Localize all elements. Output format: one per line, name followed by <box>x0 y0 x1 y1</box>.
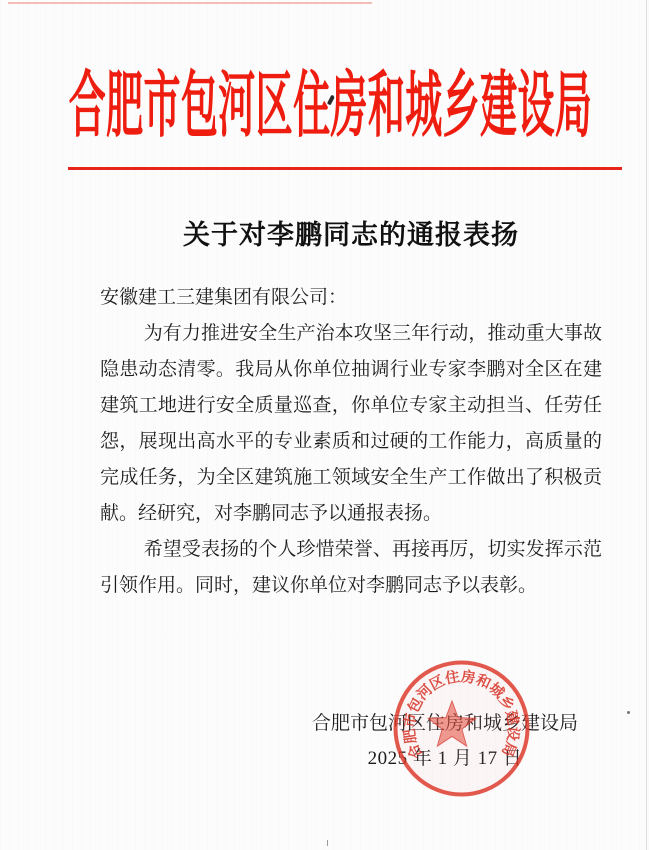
document-body: 安徽建工三建集团有限公司： 为有力推进安全生产治本攻坚三年行动，推动重大事故隐患… <box>100 280 602 604</box>
scan-artifact-top-line <box>8 2 372 4</box>
scan-artifact-dot <box>627 711 630 714</box>
paragraph-1: 为有力推进安全生产治本攻坚三年行动，推动重大事故隐患动态清零。我局从你单位抽调行… <box>100 316 602 532</box>
letterhead-rule <box>68 167 622 170</box>
document-title: 关于对李鹏同志的通报表扬 <box>100 213 602 252</box>
scanned-document-page: 合肥市包河区住房和城乡建设局 关于对李鹏同志的通报表扬 安徽建工三建集团有限公司… <box>0 0 649 850</box>
letterhead-issuer: 合肥市包河区住房和城乡建设局 <box>6 71 649 143</box>
paragraph-2: 希望受表扬的个人珍惜荣誉、再接再厉，切实发挥示范引领作用。同时，建议你单位对李鹏… <box>100 532 602 604</box>
salutation: 安徽建工三建集团有限公司： <box>100 280 602 316</box>
official-seal: 合肥市包河区住房和城乡建设局 <box>393 660 530 797</box>
scan-artifact-bottom-tick <box>327 840 328 846</box>
